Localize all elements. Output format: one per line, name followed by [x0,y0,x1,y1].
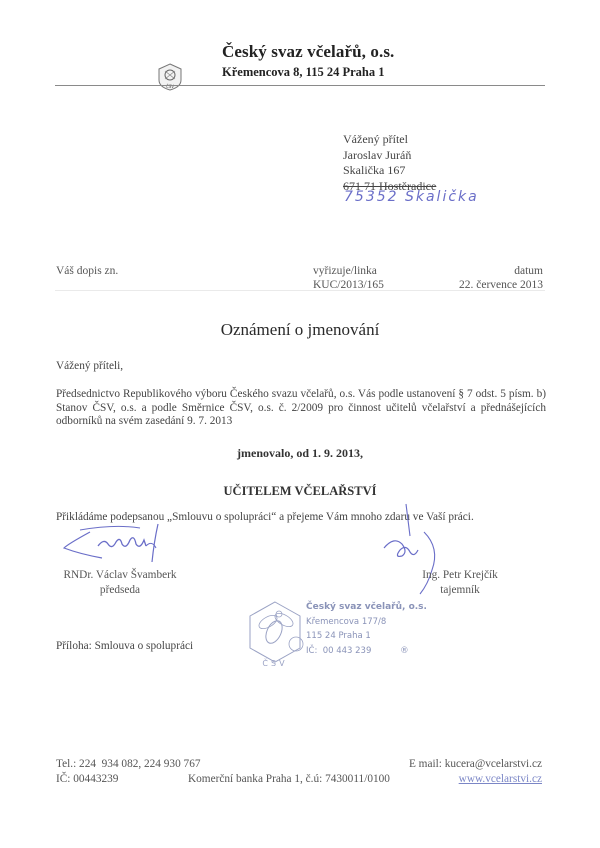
organization-stamp: ČSV Český svaz včelařů, o.s. Křemencova … [246,598,446,668]
stamp-org-name: Český svaz včelařů, o.s. [306,600,427,615]
signatory-2: Ing. Petr Krejčík tajemník [400,568,520,598]
stamp-ic-value: IČ: 00 443 239 [306,646,371,656]
handled-by-label: vyřizuje/linka [313,265,377,277]
signatory-1-name: RNDr. Václav Švamberk [50,568,190,583]
stamp-street: Křemencova 177/8 [306,615,427,630]
greeting: Vážený příteli, [56,360,546,374]
footer-phone: Tel.: 224 934 082, 224 930 767 [56,758,201,770]
recipient-name: Jaroslav Juráň [343,148,436,164]
registered-mark-icon: ® [400,646,409,656]
signature-svamberk-icon [60,522,170,566]
your-letter-label: Váš dopis zn. [56,265,118,277]
footer-website-link[interactable]: www.vcelarstvi.cz [459,773,542,785]
recipient-street: Skalička 167 [343,163,436,179]
handwritten-city-correction: 75352 Skalička [344,189,479,205]
date-label: datum [514,265,543,277]
footer-bank: Komerční banka Praha 1, č.ú: 7430011/010… [188,773,390,785]
recipient-address: Vážený přítel Jaroslav Juráň Skalička 16… [343,132,436,194]
signatory-1-role: předseda [50,583,190,598]
stamp-text: Český svaz včelařů, o.s. Křemencova 177/… [306,600,427,658]
letterhead-org-address: Křemencova 8, 115 24 Praha 1 [222,65,384,80]
body-paragraph: Předsednictvo Republikového výboru České… [56,388,546,429]
stamp-ic: IČ: 00 443 239 ® [306,644,427,659]
recipient-salutation: Vážený přítel [343,132,436,148]
website-link[interactable]: www.vcelarstvi.cz [459,773,542,785]
letterhead-org-name: Český svaz včelařů, o.s. [222,42,394,62]
stamp-city: 115 24 Praha 1 [306,629,427,644]
csv-emblem-icon: ČSV [155,62,185,92]
bee-hexagon-icon: ČSV [246,600,304,668]
footer-ic: IČ: 00443239 [56,773,118,785]
signatory-2-name: Ing. Petr Krejčík [400,568,520,583]
letterhead-divider [55,85,545,86]
reference-divider [55,290,545,291]
svg-text:ČSV: ČSV [262,657,287,668]
document-title: Oznámení o jmenování [0,320,600,340]
signatory-1: RNDr. Václav Švamberk předseda [50,568,190,598]
appointed-role: UČITELEM VČELAŘSTVÍ [0,484,600,499]
footer-email[interactable]: E mail: kucera@vcelarstvi.cz [409,758,542,770]
appointed-line: jmenovalo, od 1. 9. 2013, [0,446,600,461]
signatory-2-role: tajemník [400,583,520,598]
attachment-note: Příloha: Smlouva o spolupráci [56,640,276,654]
